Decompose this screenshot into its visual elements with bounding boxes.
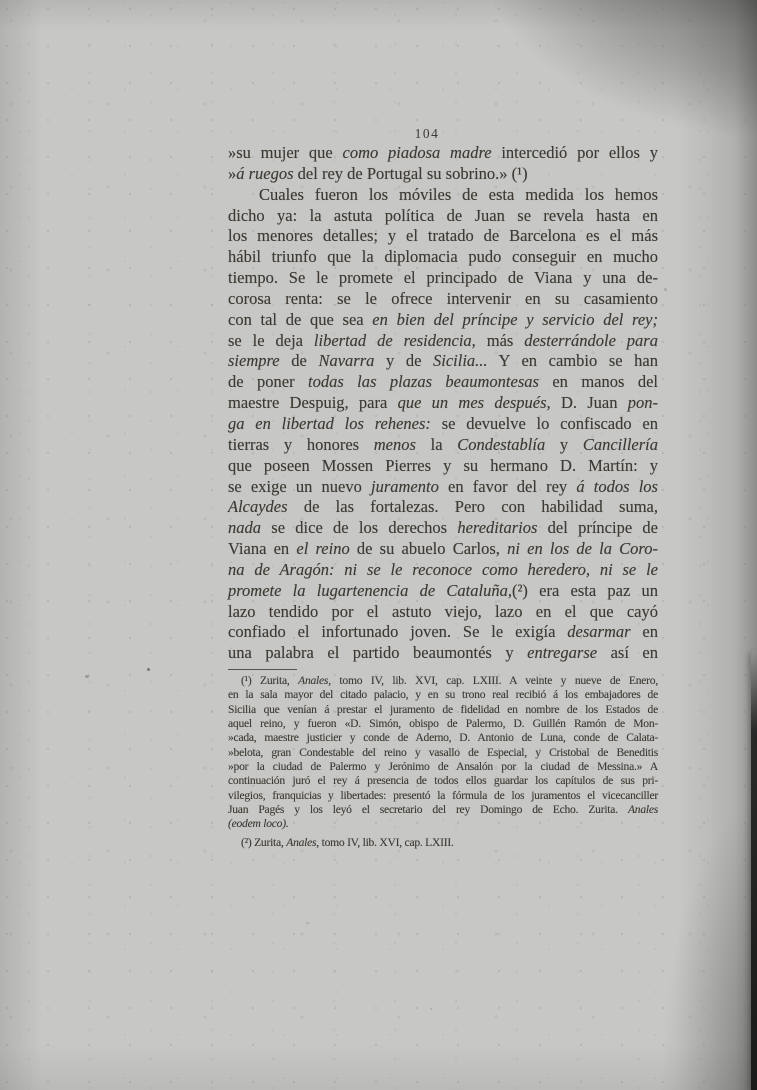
scanned-book-page: 104 »su mujer que como piadosa madre int… [0,0,757,1090]
text-line: (²) Zurita, Anales, tomo IV, lib. XVI, c… [228,836,658,850]
text-line: »belota, gran Condestable del reino y va… [228,746,658,760]
text-line: (eodem loco). [228,817,658,831]
footnote-separator [228,669,297,670]
text-line: dicho ya: la astuta política de Juan se … [228,206,658,227]
text-line: lazo tendido por el astuto viejo, lazo e… [228,602,658,623]
text-line: aquel reino, y fueron «D. Simón, obispo … [228,717,658,731]
text-line: de poner todas las plazas beaumontesas e… [228,372,658,393]
text-line: una palabra el partido beaumontés y entr… [228,643,658,664]
gutter-shadow [751,650,757,1090]
text-line: se exige un nuevo juramento en favor del… [228,477,658,498]
paper-speck [430,1008,432,1010]
footnotes: (¹) Zurita, Anales, tomo IV, lib. XVI, c… [228,674,658,850]
text-line: Sicilia que venían á prestar el jurament… [228,703,658,717]
text-line: »su mujer que como piadosa madre interce… [228,143,658,164]
text-line: siempre de Navarra y de Sicilia... Y en … [228,351,658,372]
text-line: que poseen Mossen Pierres y su hermano D… [228,456,658,477]
paper-speck [306,922,309,924]
text-line: promete la lugartenencia de Cataluña,(²)… [228,581,658,602]
text-line: (¹) Zurita, Anales, tomo IV, lib. XVI, c… [228,674,658,688]
text-line: nada se dice de los derechos hereditario… [228,518,658,539]
text-line: vilegios, franquicias y libertades: pres… [228,789,658,803]
text-line: Juan Pagés y los leyó el secretario del … [228,803,658,817]
text-line: hábil triunfo que la diplomacia pudo con… [228,247,658,268]
page-number: 104 [228,126,658,142]
text-line: »por la ciudad de Palermo y Jerónimo de … [228,760,658,774]
text-line: con tal de que sea en bien del príncipe … [228,310,658,331]
text-line: los menores detalles; y el tratado de Ba… [228,226,658,247]
paper-speck [85,675,89,678]
text-line: na de Aragón: ni se le reconoce como her… [228,560,658,581]
text-line: en la sala mayor del citado palacio, y e… [228,688,658,702]
text-line: »á ruegos del rey de Portugal su sobrino… [228,164,658,185]
paper-speck [147,668,150,671]
text-line: »cada, maestre justicier y conde de Ader… [228,731,658,745]
text-line: continuación juró el rey á presencia de … [228,774,658,788]
paper-speck [664,288,667,291]
text-line: ga en libertad los rehenes: se devuelve … [228,414,658,435]
text-line: confiado el infortunado joven. Se le exi… [228,622,658,643]
text-line: se le deja libertad de residencia, más d… [228,331,658,352]
body-text: »su mujer que como piadosa madre interce… [228,143,658,664]
text-line: tierras y honores menos la Condestablía … [228,435,658,456]
text-line: corosa renta: se le ofrece intervenir en… [228,289,658,310]
text-line: Cuales fueron los móviles de esta medida… [228,185,658,206]
text-line: Viana en el reino de su abuelo Carlos, n… [228,539,658,560]
text-line: tiempo. Se le promete el principado de V… [228,268,658,289]
text-line: Alcaydes de las fortalezas. Pero con hab… [228,497,658,518]
text-line: maestre Despuig, para que un mes después… [228,393,658,414]
